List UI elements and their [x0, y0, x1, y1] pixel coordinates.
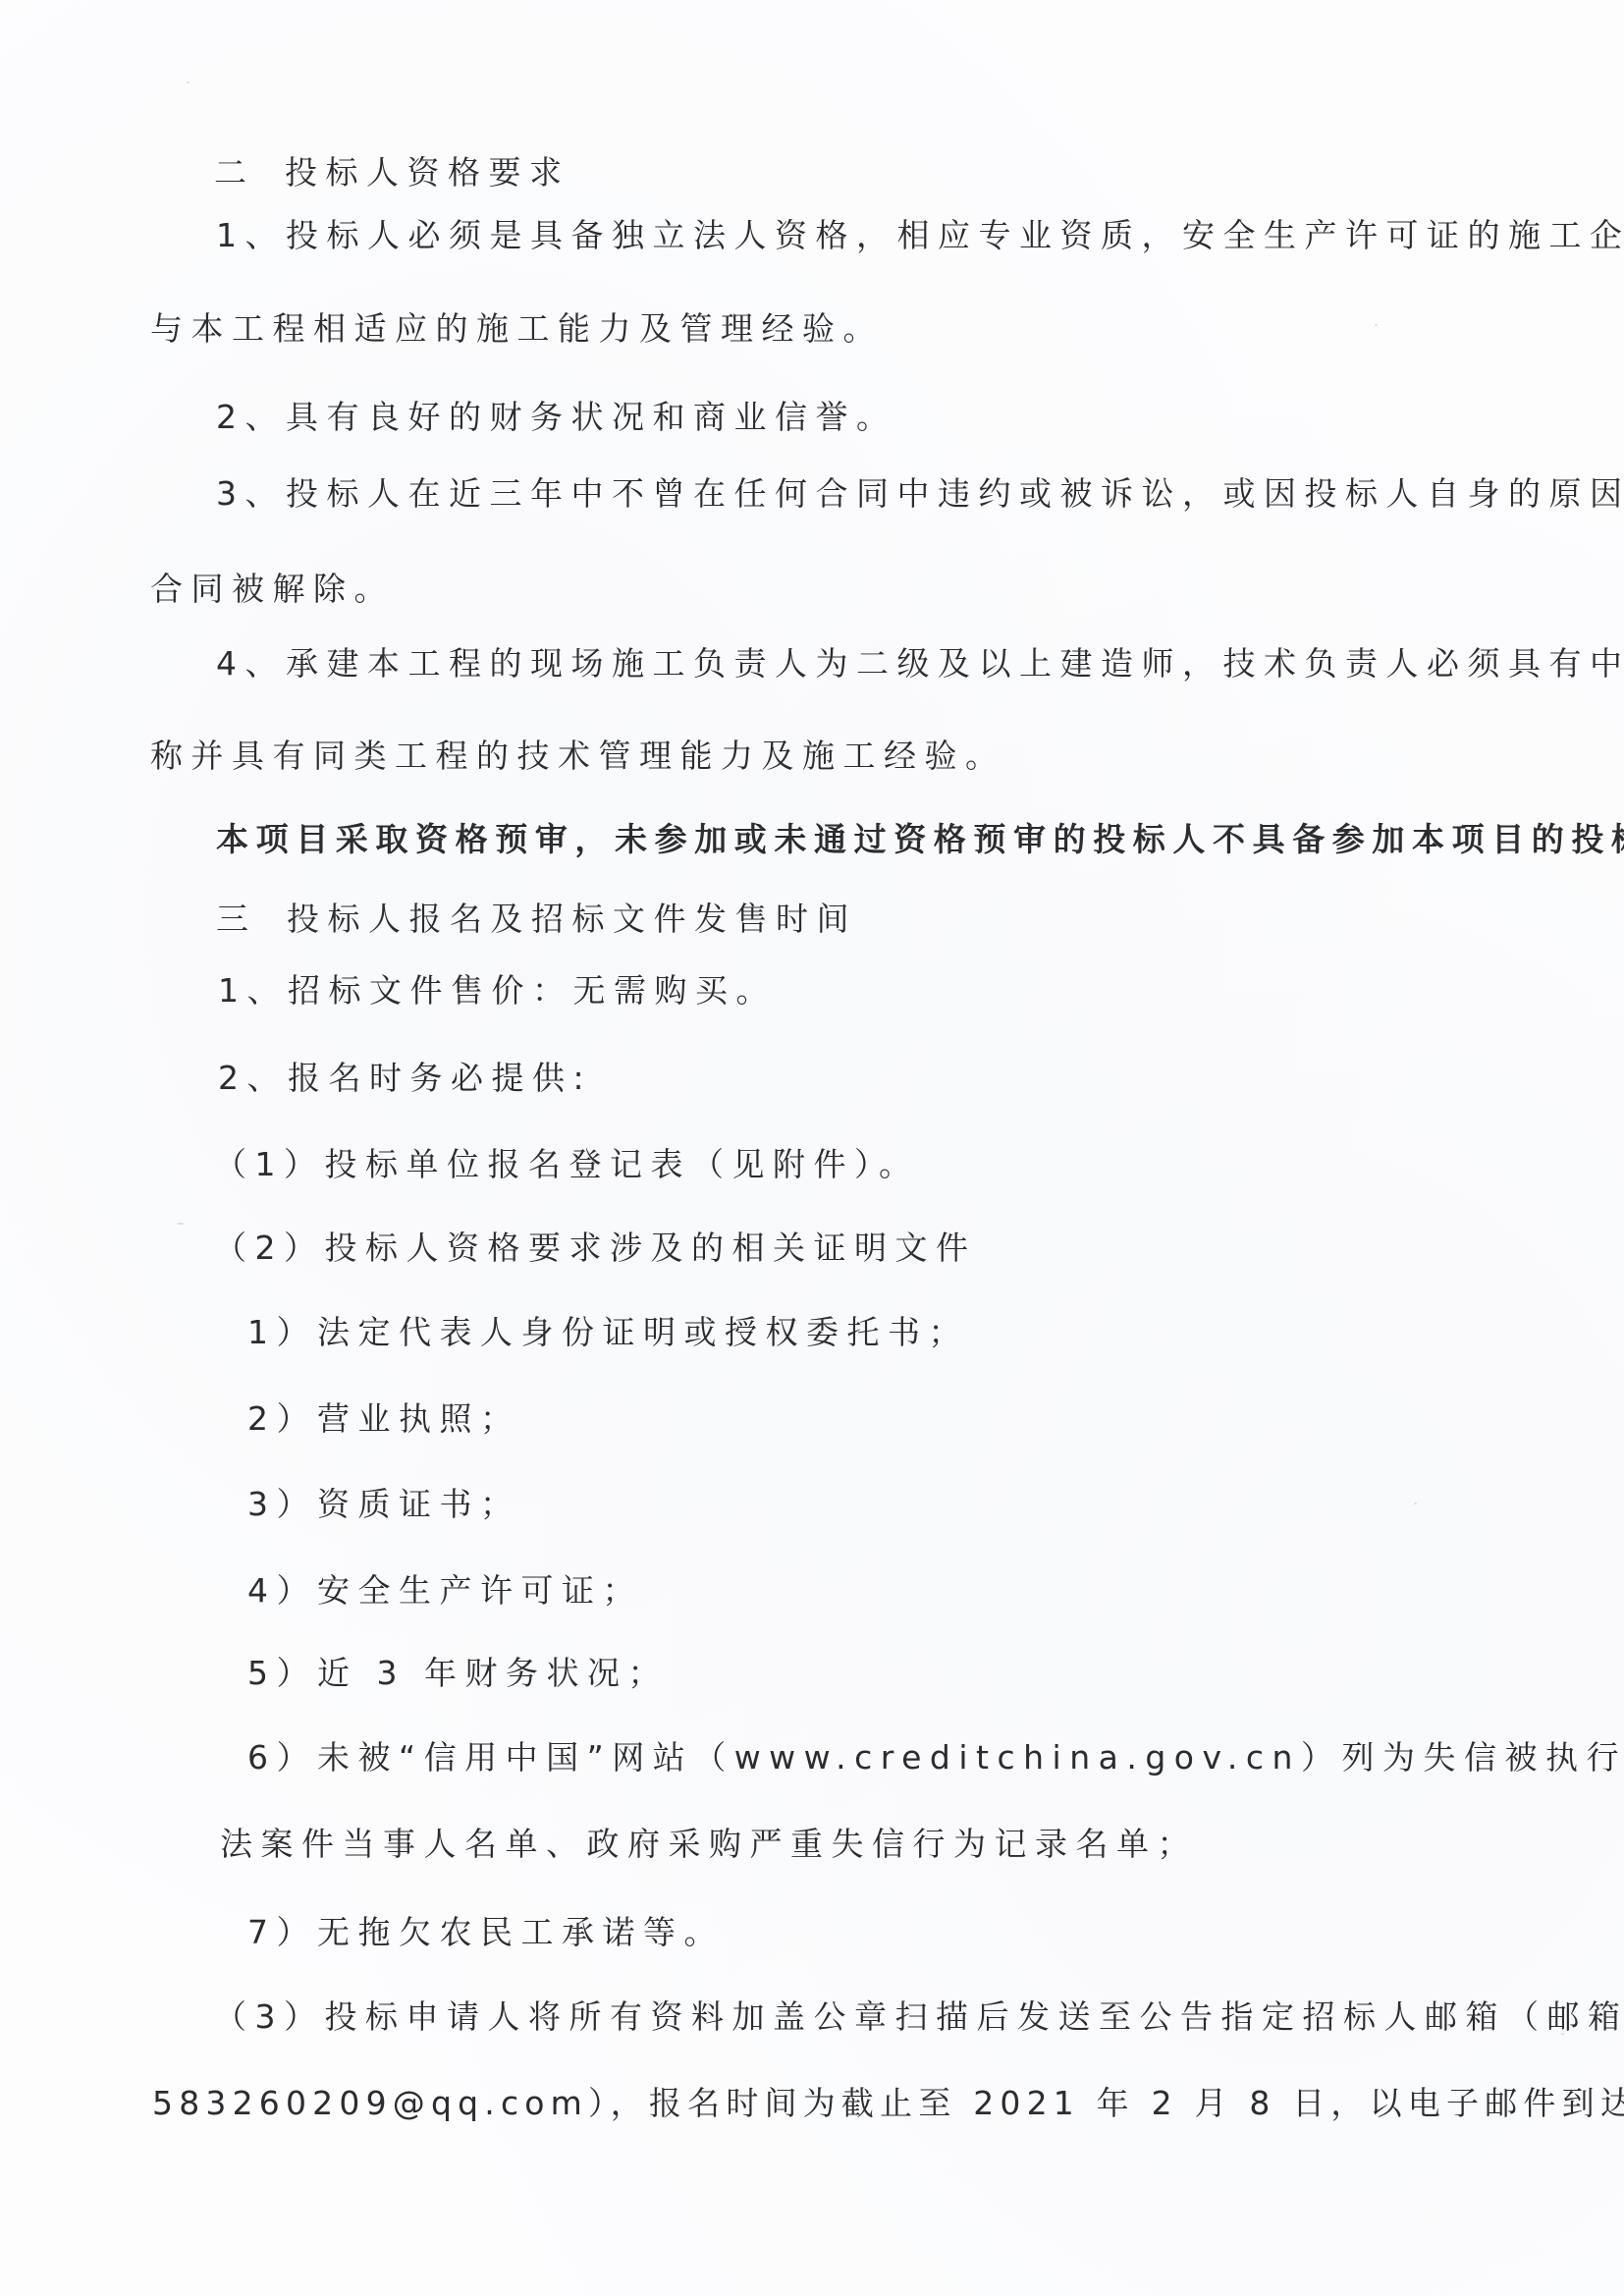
req-item-3-line-1: 3、投标人在近三年中不曾在任何合同中违约或被诉讼，或因投标人自身的原因而使任何	[216, 474, 1624, 514]
scan-speck	[1561, 2033, 1564, 2035]
sub-item-3-line-1: （3）投标申请人将所有资料加盖公章扫描后发送至公告指定招标人邮箱（邮箱：	[214, 1997, 1624, 2037]
req-item-1-line-1: 1、投标人必须是具备独立法人资格，相应专业资质，安全生产许可证的施工企业，具备	[216, 216, 1624, 255]
section-2-number: 二	[214, 153, 285, 192]
sub-item-2-qualification-docs: （2）投标人资格要求涉及的相关证明文件	[214, 1229, 977, 1268]
scan-speck	[177, 1223, 185, 1225]
section-2-heading: 二投标人资格要求	[214, 153, 570, 192]
section-3-heading: 三投标人报名及招标文件发售时间	[216, 900, 857, 939]
section-3-title: 投标人报名及招标文件发售时间	[287, 900, 857, 938]
doc-item-6-line-2: 法案件当事人名单、政府采购严重失信行为记录名单；	[220, 1825, 1198, 1864]
sub-item-3-line-2: 583260209@qq.com），报名时间为截止至 2021 年 2 月 8 …	[152, 2084, 1624, 2123]
doc-item-4: 4）安全生产许可证；	[247, 1571, 643, 1611]
req-item-4-line-2: 称并具有同类工程的技术管理能力及施工经验。	[150, 737, 1006, 776]
scan-speck	[1375, 324, 1378, 326]
prequalification-notice: 本项目采取资格预审，未参加或未通过资格预审的投标人不具备参加本项目的投标资格。	[216, 820, 1624, 859]
registration-requirements-item: 2、报名时务必提供:	[218, 1059, 592, 1098]
scanned-page: 二投标人资格要求 1、投标人必须是具备独立法人资格，相应专业资质，安全生产许可证…	[0, 0, 1624, 2296]
req-item-3-line-2: 合同被解除。	[150, 570, 395, 609]
scan-speck	[187, 82, 189, 83]
doc-item-6-line-1: 6）未被“信用中国”网站（www.creditchina.gov.cn）列为失信…	[247, 1738, 1624, 1777]
section-2-title: 投标人资格要求	[285, 153, 570, 191]
doc-item-7: 7）无拖欠农民工承诺等。	[247, 1913, 725, 1952]
section-3-number: 三	[216, 900, 287, 939]
req-item-2: 2、具有良好的财务状况和商业信誉。	[216, 398, 897, 437]
doc-item-2: 2）营业执照；	[247, 1399, 521, 1439]
doc-item-1: 1）法定代表人身份证明或授权委托书；	[247, 1313, 969, 1352]
scan-speck	[1414, 1503, 1417, 1504]
req-item-4-line-1: 4、承建本工程的现场施工负责人为二级及以上建造师，技术负责人必须具有中级以上职	[216, 644, 1624, 683]
req-item-1-line-2: 与本工程相适应的施工能力及管理经验。	[150, 309, 884, 349]
doc-item-5: 5）近 3 年财务状况；	[247, 1654, 669, 1693]
sub-item-1-registration-form: （1）投标单位报名登记表（见附件）。	[214, 1145, 920, 1184]
sale-price-item: 1、招标文件售价：无需购买。	[218, 971, 777, 1011]
doc-item-3: 3）资质证书；	[247, 1485, 521, 1524]
